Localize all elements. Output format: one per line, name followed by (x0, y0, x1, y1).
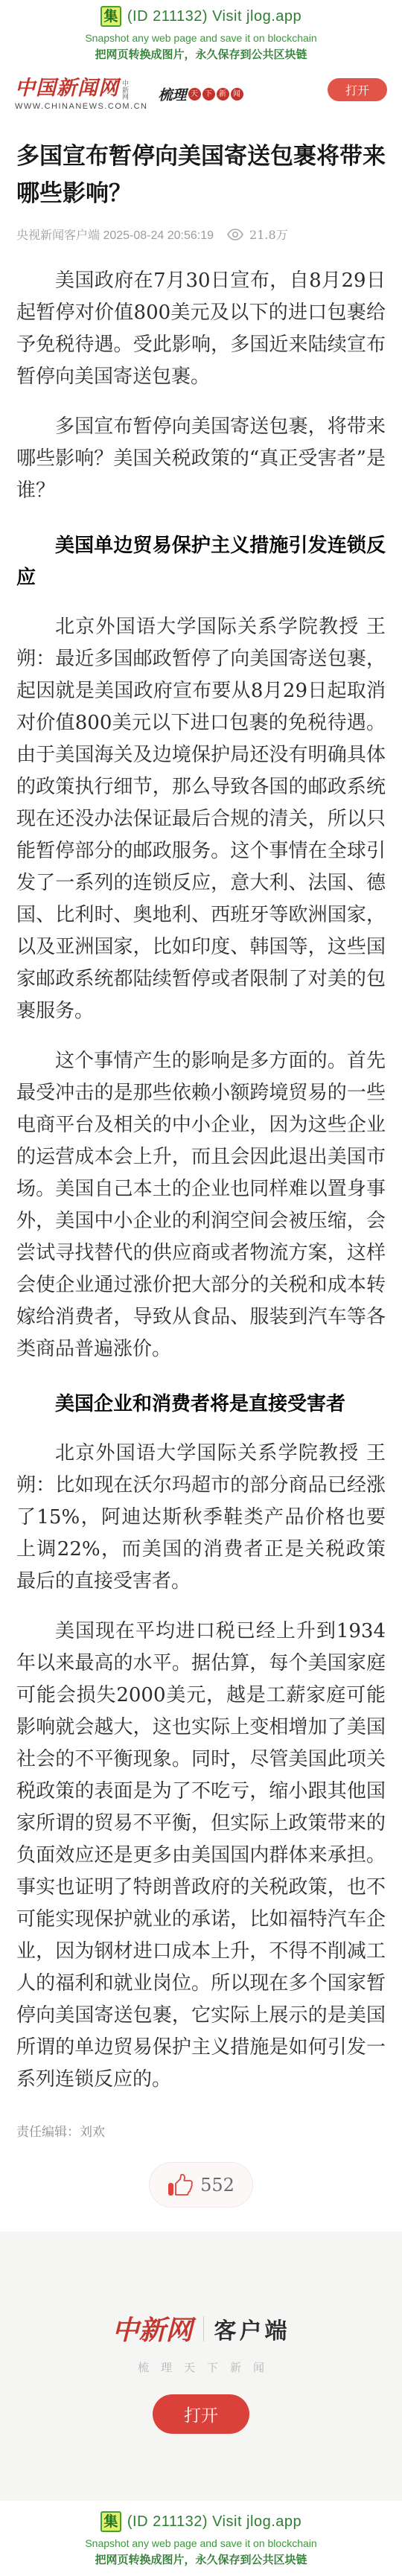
article-meta: 央视新闻客户端 2025-08-24 20:56:19 21.8万 (16, 226, 386, 243)
editor-credit: 责任编辑：刘欢 (16, 2121, 386, 2140)
page: 集 (ID 211132) Visit jlog.app Snapshot an… (0, 0, 402, 2576)
section-heading: 美国企业和消费者将是直接受害者 (16, 1388, 386, 1420)
body-paragraph: 这个事情产生的影响是多方面的。首先最受冲击的是那些依赖小额跨境贸易的一些电商平台… (16, 1045, 386, 1365)
chinanews-logo[interactable]: 中国新闻网 中新网 WWW.CHINANEWS.COM.CN (15, 78, 147, 111)
article: 多国宣布暂停向美国寄送包裹将带来哪些影响？ 央视新闻客户端 2025-08-24… (0, 138, 402, 2140)
promo-banner-bottom[interactable]: 集 (ID 211132) Visit jlog.app Snapshot an… (0, 2501, 402, 2576)
view-count: 21.8万 (249, 226, 288, 243)
promo-subtitle-en: Snapshot any web page and save it on blo… (0, 32, 402, 44)
footer-logo-divider (203, 2316, 204, 2341)
promo-link-text[interactable]: (ID 211132) Visit jlog.app (127, 2513, 301, 2531)
slogan-badge: 下 (202, 88, 215, 101)
promo-subtitle-cn: 把网页转换成图片，永久保存到公共区块链 (0, 46, 402, 62)
slogan-badge: 新 (217, 88, 229, 101)
section-heading: 美国单边贸易保护主义措施引发连锁反应 (16, 529, 386, 593)
body-paragraph: 北京外国语大学国际关系学院教授 王朔：最近多国邮政暂停了向美国寄送包裹，起因就是… (16, 611, 386, 1027)
promo-headline-row: 集 (ID 211132) Visit jlog.app (0, 6, 402, 27)
article-title: 多国宣布暂停向美国寄送包裹将带来哪些影响？ (16, 138, 386, 212)
logo-url: WWW.CHINANEWS.COM.CN (15, 102, 147, 111)
footer-logo-row: 中新网 客户端 (0, 2309, 402, 2347)
site-header: 中国新闻网 中新网 WWW.CHINANEWS.COM.CN 梳理 天 下 新 … (0, 71, 402, 115)
body-paragraph: 美国现在平均进口税已经上升到1934年以来最高的水平。据估算，每个美国家庭可能会… (16, 1616, 386, 2096)
ji-logo-icon: 集 (100, 2511, 121, 2532)
footer-tagline: 梳理天下新闻 (0, 2359, 402, 2375)
footer-client-label: 客户端 (214, 2312, 290, 2345)
promo-link-text[interactable]: (ID 211132) Visit jlog.app (127, 8, 301, 25)
slogan-graphic: 梳理 天 下 新 闻 (158, 84, 243, 104)
slogan-badge: 闻 (231, 88, 243, 101)
chinanews-footer-logo: 中新网 (112, 2309, 192, 2347)
slogan-badge: 天 (188, 88, 201, 101)
slogan-prefix: 梳理 (158, 84, 186, 104)
body-paragraph: 美国政府在7月30日宣布，自8月29日起暂停对价值800美元及以下的进口包裹给予… (16, 265, 386, 393)
logo-side-text: 中新网 (121, 80, 128, 100)
thumbs-up-icon (167, 2174, 193, 2196)
promo-banner-top[interactable]: 集 (ID 211132) Visit jlog.app Snapshot an… (0, 0, 402, 71)
body-paragraph: 多国宣布暂停向美国寄送包裹，将带来哪些影响？美国关税政策的“真正受害者”是谁？ (16, 411, 386, 507)
body-paragraph: 北京外国语大学国际关系学院教授 王朔：比如现在沃尔玛超市的部分商品已经涨了15%… (16, 1438, 386, 1598)
ji-logo-icon: 集 (100, 6, 121, 27)
like-row: 552 (0, 2162, 402, 2207)
open-app-button-header[interactable]: 打开 (328, 78, 387, 101)
logo-calligraphy: 中国新闻网 (15, 78, 119, 99)
eye-icon (227, 229, 243, 240)
promo-subtitle-en: Snapshot any web page and save it on blo… (0, 2537, 402, 2549)
article-body: 美国政府在7月30日宣布，自8月29日起暂停对价值800美元及以下的进口包裹给予… (16, 265, 386, 2096)
open-app-button-footer[interactable]: 打开 (153, 2394, 249, 2434)
article-source-time: 央视新闻客户端 2025-08-24 20:56:19 (16, 226, 214, 243)
like-button[interactable]: 552 (149, 2162, 253, 2207)
app-footer: 中新网 客户端 梳理天下新闻 打开 (0, 2231, 402, 2501)
like-count: 552 (200, 2175, 234, 2196)
promo-headline-row: 集 (ID 211132) Visit jlog.app (0, 2511, 402, 2532)
promo-subtitle-cn: 把网页转换成图片，永久保存到公共区块链 (0, 2551, 402, 2567)
